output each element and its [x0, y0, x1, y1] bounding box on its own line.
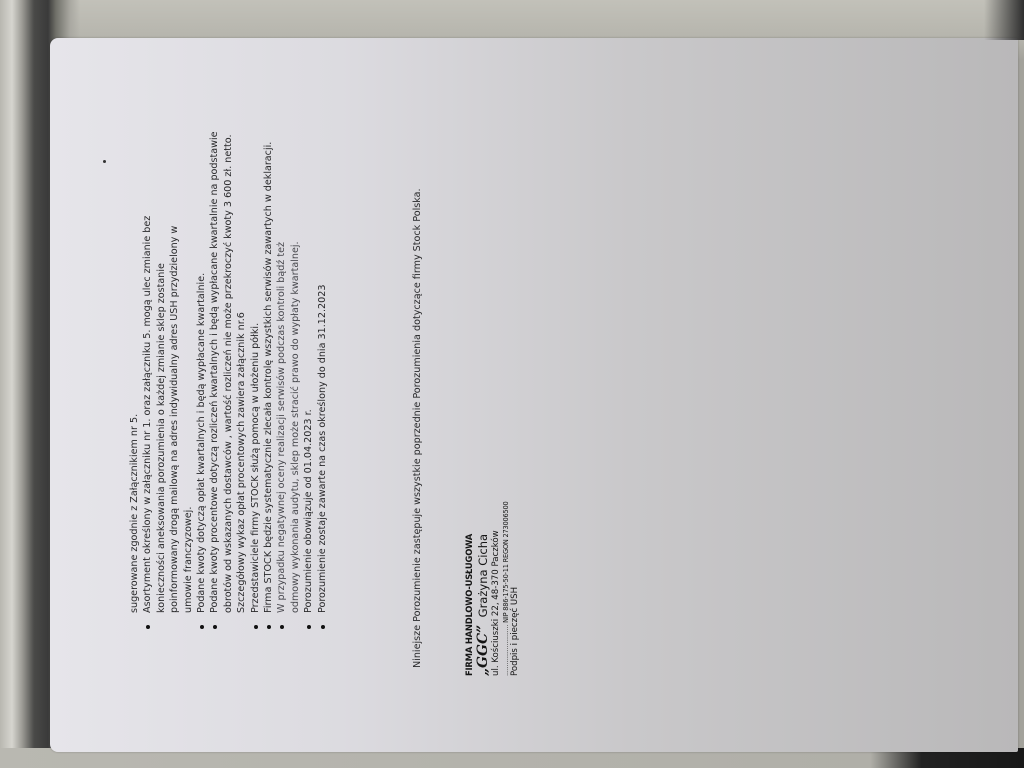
signature-dots: ...........................: [502, 625, 510, 676]
closing-statement: Niniejsze Porozumienie zastępuje wszystk…: [412, 188, 423, 668]
stamp-nip-regon: NIP 886-175-50-11 REGON 273006500: [502, 502, 510, 623]
bullet-line: Przedstawiciele firmy STOCK służą pomocą…: [249, 120, 262, 680]
text-line: umowie franczyzowej.: [182, 120, 195, 680]
bullet-line: Podane kwoty dotyczą opłat kwartalnych i…: [195, 120, 208, 680]
text-line: obrotów od wskazanych dostawców , wartoś…: [222, 120, 235, 680]
stray-dot: [103, 160, 106, 163]
stamp-owner: Grażyna Cicha: [476, 534, 490, 617]
bullet-line: Firma STOCK będzie systematycznie zlecał…: [262, 120, 275, 680]
bullet-line: Asortyment określony w załączniku nr 1. …: [141, 120, 154, 680]
bullet-line: Porozumienie zostaje zawarte na czas okr…: [316, 120, 329, 680]
bullet-line: W przypadku negatywnej oceny realizacji …: [275, 120, 288, 680]
stamp-ids: ........................... NIP 886-175-…: [502, 476, 510, 676]
text-line: Szczegółowy wykaz opłat procentowych zaw…: [235, 120, 248, 680]
stamp-address: ul. Kościuszki 22, 48-370 Paczków: [491, 476, 502, 676]
text-line: poinformowany drogą mailową na adres ind…: [168, 120, 181, 680]
stamp-logo: „GGC”: [475, 625, 491, 676]
signature-label: Podpis i pieczęć USH: [510, 476, 520, 676]
text-line: odmowy wykonania audytu, sklep może stra…: [289, 120, 302, 680]
bullet-line: Podane kwoty procentowe dotyczą rozlicze…: [208, 120, 221, 680]
company-stamp: FIRMA HANDLOWO-USŁUGOWA „GGC” Grażyna Ci…: [462, 476, 520, 676]
bullet-line: Porozumienie obowiązuje od 01.04.2023 r.: [302, 120, 315, 680]
text-line: sugerowane zgodnie z Załącznikiem nr 5.: [128, 120, 141, 680]
stamp-firm-name: FIRMA HANDLOWO-USŁUGOWA: [462, 476, 476, 676]
agreement-terms: sugerowane zgodnie z Załącznikiem nr 5. …: [128, 120, 329, 680]
text-line: konieczności aneksowania porozumienia o …: [155, 120, 168, 680]
photo-background: sugerowane zgodnie z Załącznikiem nr 5. …: [0, 0, 1024, 768]
